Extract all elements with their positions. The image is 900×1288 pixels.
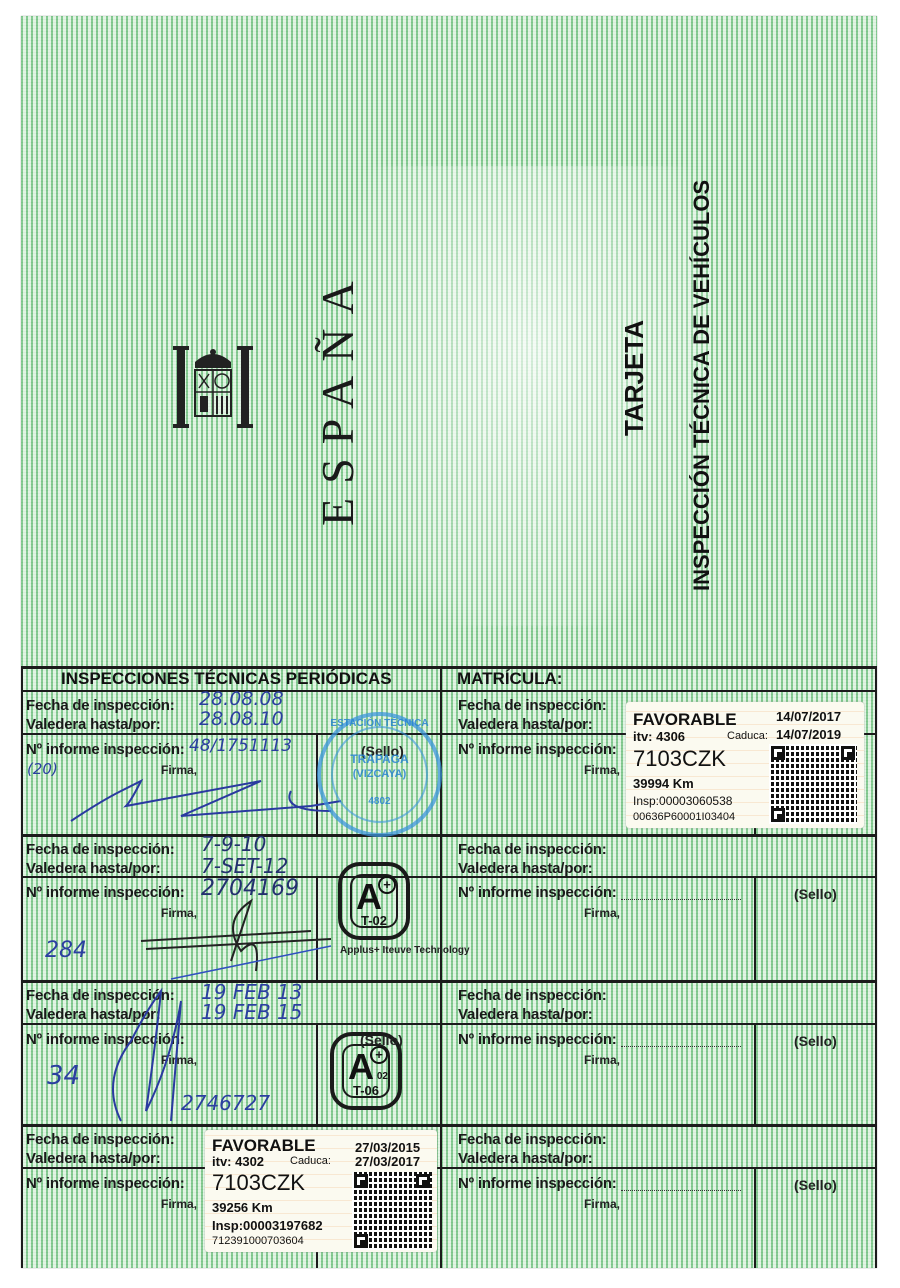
informe-label: Nº informe inspección: xyxy=(458,884,617,901)
sticker-plate: 7103CZK xyxy=(633,746,726,772)
sticker-result: FAVORABLE xyxy=(212,1136,316,1156)
plus-icon: + xyxy=(378,876,396,894)
fecha-value: 28.08.08 xyxy=(199,688,284,710)
fecha-label: Fecha de inspección: xyxy=(26,841,175,858)
firma-label: Firma, xyxy=(584,906,620,920)
sticker-date: 14/07/2017 xyxy=(776,709,841,724)
coat-of-arms-icon xyxy=(173,344,253,430)
fecha-label: Fecha de inspección: xyxy=(458,1131,607,1148)
fecha-label: Fecha de inspección: xyxy=(458,987,607,1004)
valedera-label: Valedera hasta/por: xyxy=(458,1150,593,1167)
valedera-label: Valedera hasta/por: xyxy=(458,1006,593,1023)
country-title: ESPAÑA xyxy=(311,267,364,526)
stamp-text: (VIZCAYA) xyxy=(321,768,438,780)
informe-dotted-line xyxy=(621,1045,741,1047)
sticker-itv: itv: 4306 xyxy=(633,729,685,744)
right-header: MATRÍCULA: xyxy=(457,669,562,689)
stamp-sub: 02 xyxy=(377,1071,388,1082)
itv-a-plus-stamp: A + T-02 xyxy=(338,862,410,940)
sticker-insp: Insp:00003060538 xyxy=(633,794,732,808)
valedera-value: 28.08.10 xyxy=(199,708,284,730)
valedera-value: 7-SET-12 xyxy=(201,854,288,878)
sticker-caduca-label: Caduca: xyxy=(290,1155,331,1167)
sello-label: (Sello) xyxy=(794,1177,837,1193)
sello-divider xyxy=(316,1023,318,1124)
note-value: (20) xyxy=(27,760,58,778)
valedera-label: Valedera hasta/por: xyxy=(26,1150,161,1167)
informe-value: 48/1751113 xyxy=(189,736,292,756)
divider xyxy=(21,690,877,692)
firma-label: Firma, xyxy=(584,1197,620,1211)
sticker-expiry: 27/03/2017 xyxy=(355,1154,420,1169)
sello-divider xyxy=(754,1167,756,1268)
stamp-caption: Applus+ Iteuve Technology xyxy=(340,945,470,956)
note-value: 34 xyxy=(47,1061,80,1091)
itv-sticker: FAVORABLE 27/03/2015 itv: 4302 Caduca: 2… xyxy=(205,1130,437,1252)
informe-label: Nº informe inspección: xyxy=(458,1175,617,1192)
sticker-caduca-label: Caduca: xyxy=(727,730,768,742)
divider xyxy=(21,1167,877,1169)
sticker-date: 27/03/2015 xyxy=(355,1140,420,1155)
card-subtitle: INSPECCIÓN TÉCNICA DE VEHÍCULOS xyxy=(689,180,715,591)
fecha-label: Fecha de inspección: xyxy=(458,697,607,714)
qr-code-icon xyxy=(352,1172,432,1250)
sticker-code: 712391000703604 xyxy=(212,1235,304,1247)
sticker-insp: Insp:00003197682 xyxy=(212,1218,323,1233)
informe-label: Nº informe inspección: xyxy=(26,741,185,758)
column-divider xyxy=(21,666,23,1268)
itv-sticker: FAVORABLE 14/07/2017 itv: 4306 Caduca: 1… xyxy=(626,702,864,828)
valedera-label: Valedera hasta/por: xyxy=(26,860,161,877)
station-stamp: ESTACIÓN TÉCNICA TRAPAGA (VIZCAYA) 4802 xyxy=(317,712,442,837)
sticker-km: 39994 Km xyxy=(633,776,694,791)
stamp-text: 4802 xyxy=(321,796,438,807)
column-divider xyxy=(440,666,442,1268)
firma-label: Firma, xyxy=(584,763,620,777)
sello-label: (Sello) xyxy=(794,1033,837,1049)
sticker-result: FAVORABLE xyxy=(633,710,737,730)
stamp-text: TRAPAGA xyxy=(321,752,438,766)
sello-divider xyxy=(754,876,756,980)
sticker-plate: 7103CZK xyxy=(212,1170,305,1196)
firma-label: Firma, xyxy=(584,1053,620,1067)
sello-label: (Sello) xyxy=(360,1032,403,1048)
fecha-value: 7-9-10 xyxy=(201,832,266,856)
signature xyxy=(61,761,361,831)
fecha-label: Fecha de inspección: xyxy=(458,841,607,858)
column-divider xyxy=(875,666,877,1268)
divider xyxy=(21,834,877,837)
informe-label: Nº informe inspección: xyxy=(26,1175,185,1192)
valedera-label: Valedera hasta/por: xyxy=(458,860,593,877)
sticker-expiry: 14/07/2019 xyxy=(776,727,841,742)
valedera-label: Valedera hasta/por: xyxy=(458,716,593,733)
qr-code-icon xyxy=(769,744,857,824)
coat-of-arms-watermark xyxy=(351,166,711,626)
informe-dotted-line xyxy=(621,898,741,900)
stamp-code: T-02 xyxy=(342,913,406,928)
stamp-text: ESTACIÓN TÉCNICA xyxy=(321,718,438,729)
card-title: TARJETA xyxy=(619,320,650,436)
sello-divider xyxy=(754,1023,756,1124)
sticker-km: 39256 Km xyxy=(212,1200,273,1215)
note-value: 284 xyxy=(45,938,87,963)
valedera-label: Valedera hasta/por: xyxy=(26,716,161,733)
valedera-value: 19 FEB 15 xyxy=(201,1000,302,1024)
left-header: INSPECCIONES TÉCNICAS PERIÓDICAS xyxy=(61,669,392,689)
plus-icon: + xyxy=(370,1046,388,1064)
sello-label: (Sello) xyxy=(794,886,837,902)
informe-dotted-line xyxy=(621,1189,741,1191)
firma-label: Firma, xyxy=(161,1197,197,1211)
sticker-code: 00636P60001I03404 xyxy=(633,811,735,823)
sticker-itv: itv: 4302 xyxy=(212,1154,264,1169)
stamp-code: T-06 xyxy=(334,1083,398,1098)
fecha-label: Fecha de inspección: xyxy=(26,697,175,714)
signature xyxy=(101,981,201,1131)
informe-label: Nº informe inspección: xyxy=(458,741,617,758)
informe-label: Nº informe inspección: xyxy=(458,1031,617,1048)
fecha-label: Fecha de inspección: xyxy=(26,1131,175,1148)
